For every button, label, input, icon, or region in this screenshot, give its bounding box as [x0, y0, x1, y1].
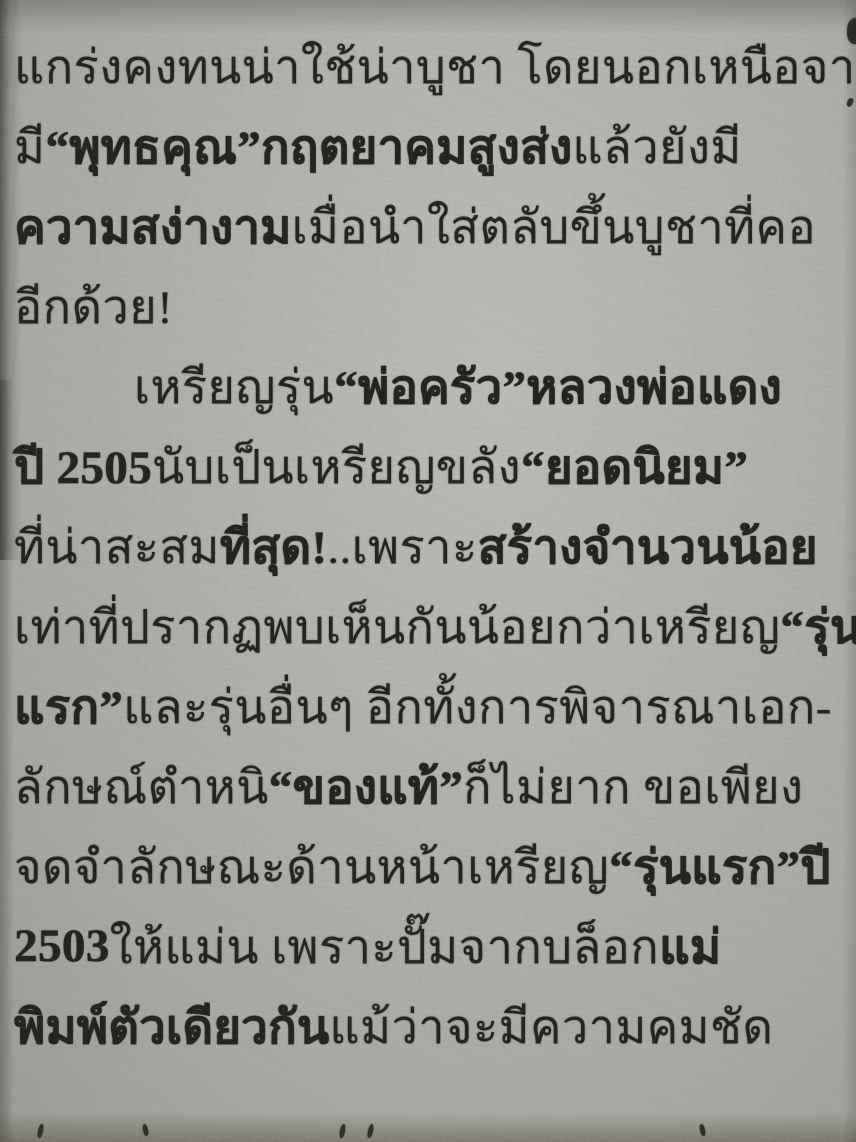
text-line-10: ลักษณ์ตำหนิ“ของแท้”ก็ไม่ยาก ขอเพียง	[14, 746, 842, 826]
text-segment: มี	[14, 109, 45, 184]
clipped-edge-glyph	[847, 18, 856, 44]
text-segment: อีกด้วย!	[14, 269, 173, 344]
text-segment: จดจำลักษณะด้านหน้าเหรียญ	[14, 829, 609, 904]
right-edge-shadow	[842, 0, 856, 1142]
page-photo: แกร่งคงทนน่าใช้น่าบูชา โดยนอกเหนือจากมี“…	[0, 0, 856, 1142]
clipped-diacritic-fragment	[142, 1124, 149, 1137]
text-segment: ก็ไม่ยาก ขอเพียง	[463, 749, 803, 824]
text-line-8: เท่าที่ปรากฏพบเห็นกันน้อยกว่าเหรียญ“รุ่น	[14, 586, 842, 666]
text-line-13: พิมพ์ตัวเดียวกัน แม้ว่าจะมีความคมชัด	[14, 986, 842, 1066]
left-edge-shadow-lower	[0, 380, 14, 1142]
text-segment: กฤตยาคมสูงส่ง	[261, 109, 572, 184]
text-line-5: เหรียญรุ่น“พ่อครัว”หลวงพ่อแดง	[14, 346, 842, 426]
text-column: แกร่งคงทนน่าใช้น่าบูชา โดยนอกเหนือจากมี“…	[14, 26, 842, 1066]
text-segment: “ของแท้”	[269, 749, 463, 824]
text-segment: แม่	[659, 909, 721, 984]
text-segment: “รุ่นแรก”ปี	[609, 829, 830, 904]
text-line-3: ความสง่างาม เมื่อนำใส่ตลับขึ้นบูชาที่คอ	[14, 186, 842, 266]
text-segment: 2503	[14, 919, 110, 973]
text-segment: “รุ่น	[780, 589, 856, 664]
text-line-7: ที่น่าสะสมที่สุด!..เพราะสร้างจำนวนน้อย	[14, 506, 842, 586]
text-segment: แรก”	[14, 669, 123, 744]
text-line-6: ปี 2505 นับเป็นเหรียญขลัง“ยอดนิยม”	[14, 426, 842, 506]
bottom-edge-shadow	[0, 1112, 856, 1142]
text-segment: เมื่อนำใส่ตลับขึ้นบูชาที่คอ	[292, 189, 816, 264]
text-segment: ที่สุด!	[220, 509, 327, 584]
text-segment: แกร่งคงทนน่าใช้น่าบูชา โดยนอกเหนือจาก	[14, 29, 856, 104]
text-line-12: 2503 ให้แม่น เพราะปั๊มจากบล็อกแม่	[14, 906, 842, 986]
text-segment: ให้แม่น เพราะปั๊มจากบล็อก	[110, 909, 660, 984]
clipped-diacritic-fragment	[338, 1124, 346, 1139]
text-segment: เหรียญรุ่น	[134, 349, 334, 424]
text-segment: ความสง่างาม	[14, 189, 292, 264]
text-line-1: แกร่งคงทนน่าใช้น่าบูชา โดยนอกเหนือจาก	[14, 26, 842, 106]
text-segment: สร้างจำนวนน้อย	[478, 509, 818, 584]
text-segment: แล้วยังมี	[572, 109, 741, 184]
text-segment: ..เพราะ	[327, 509, 477, 584]
clipped-diacritic-fragment	[36, 1124, 44, 1139]
text-line-11: จดจำลักษณะด้านหน้าเหรียญ“รุ่นแรก”ปี	[14, 826, 842, 906]
clipped-diacritic-fragment	[366, 1124, 374, 1139]
text-segment: “พุทธคุณ”	[45, 109, 261, 184]
text-line-9: แรก”และรุ่นอื่นๆ อีกทั้งการพิจารณาเอก-	[14, 666, 842, 746]
text-segment: ที่น่าสะสม	[14, 509, 220, 584]
text-segment: แม้ว่าจะมีความคมชัด	[329, 989, 773, 1064]
text-segment: และรุ่นอื่นๆ อีกทั้งการพิจารณาเอก-	[123, 669, 832, 744]
text-segment: ลักษณ์ตำหนิ	[14, 749, 269, 824]
text-segment: เท่าที่ปรากฏพบเห็นกันน้อยกว่าเหรียญ	[14, 589, 780, 664]
clipped-diacritic-fragment	[699, 1124, 706, 1137]
text-segment: ปี 2505	[14, 429, 152, 504]
text-line-4: อีกด้วย!	[14, 266, 842, 346]
text-segment: นับเป็นเหรียญขลัง	[152, 429, 521, 504]
text-segment: “พ่อครัว”หลวงพ่อแดง	[334, 349, 782, 424]
text-segment: พิมพ์ตัวเดียวกัน	[14, 989, 329, 1064]
text-segment: “ยอดนิยม”	[521, 429, 748, 504]
text-line-2: มี“พุทธคุณ” กฤตยาคมสูงส่งแล้วยังมี	[14, 106, 842, 186]
clipped-edge-mark	[846, 97, 855, 108]
